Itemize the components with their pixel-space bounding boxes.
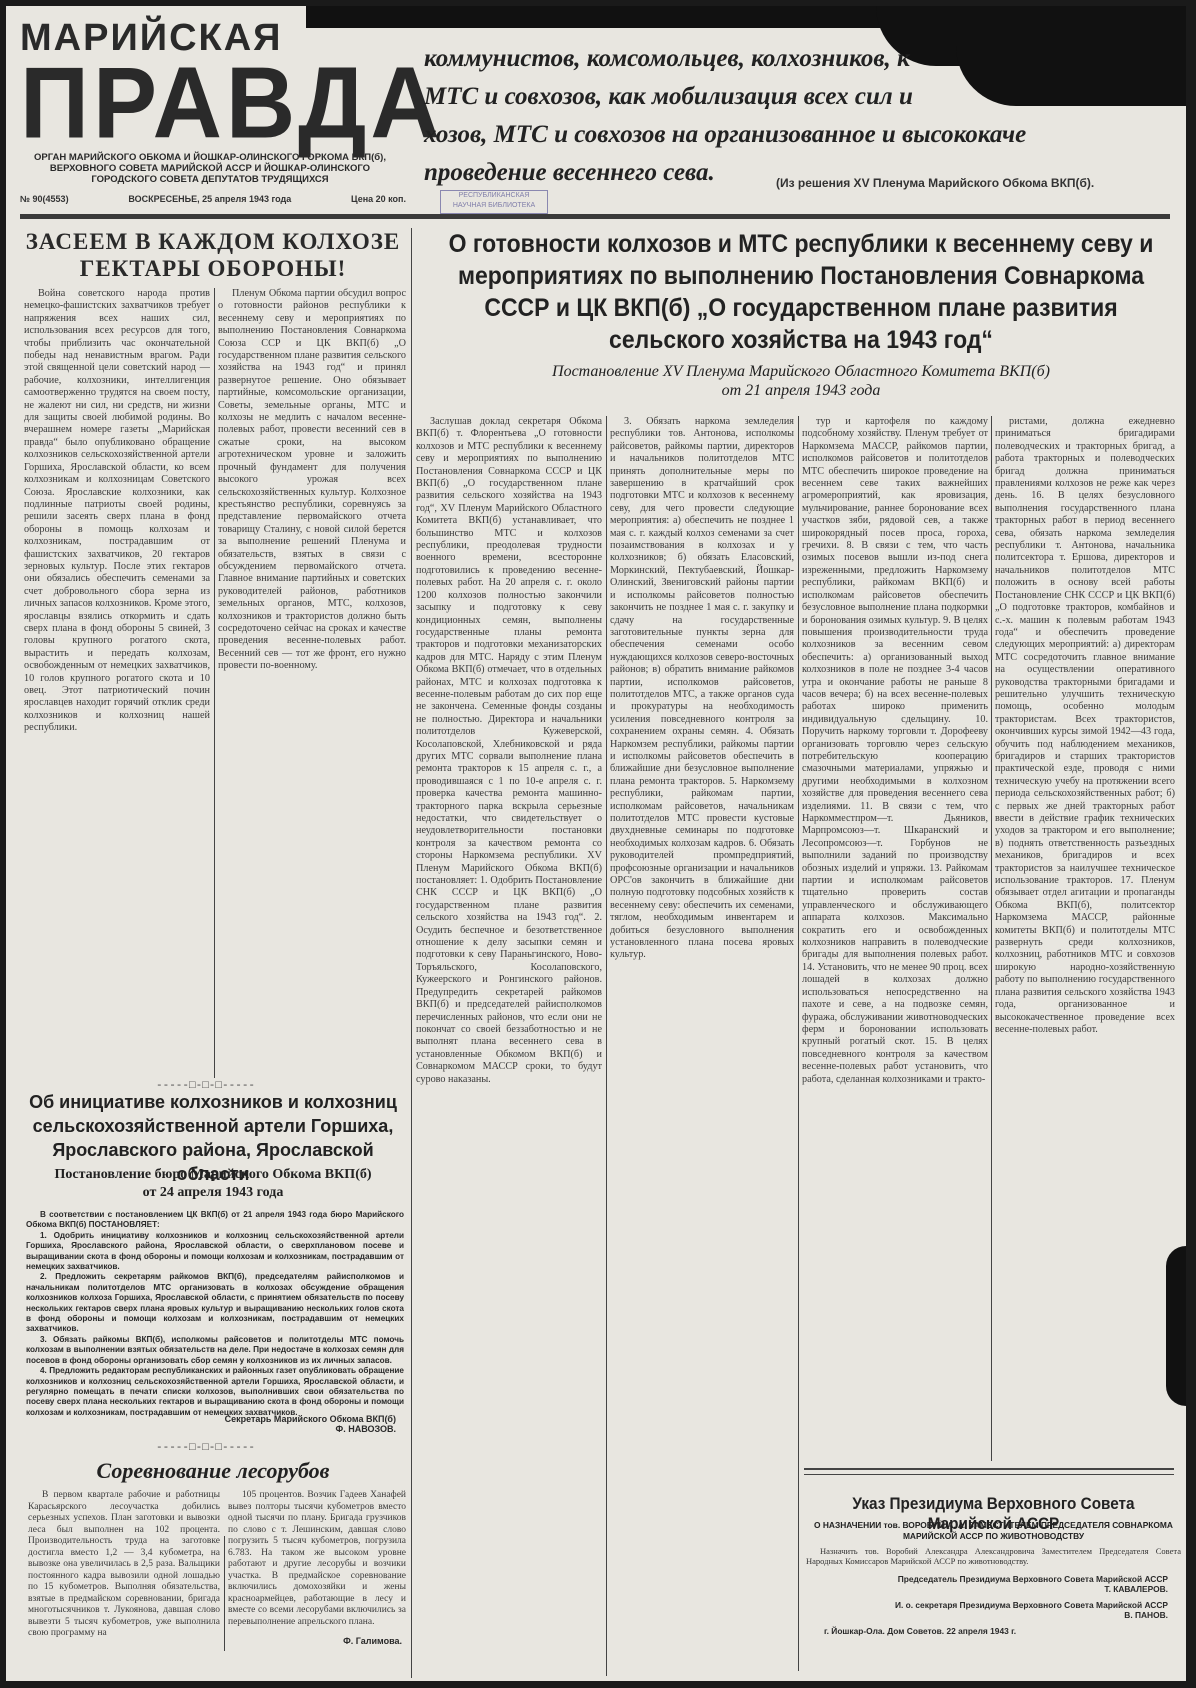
lumber-author: Ф. Галимова. <box>306 1636 402 1646</box>
editorial-headline: ЗАСЕЕМ В КАЖДОМ КОЛХОЗЕ ГЕКТАРЫ ОБОРОНЫ! <box>20 228 406 282</box>
column-divider <box>606 416 607 1676</box>
initiative-subhead: Постановление бюро Марийского Обкома ВКП… <box>20 1166 406 1202</box>
main-col-3: тур и картофеля по каждому подсобному хо… <box>802 416 988 1456</box>
lumber-col-1: В первом квартале рабочие и работницы Ка… <box>28 1490 220 1650</box>
ukaz-rule <box>804 1468 1174 1470</box>
main-col-4: ристами, должна ежедневно приниматься бр… <box>995 416 1175 1456</box>
main-subhead: Постановление XV Пленума Марийского Обла… <box>416 362 1186 400</box>
editorial-col-2: Пленум Обкома партии обсудил вопрос о го… <box>218 288 406 1078</box>
issue-price: Цена 20 коп. <box>351 194 406 204</box>
epigraph-line: хозов, МТС и совхозов на организованное … <box>424 116 1064 154</box>
decree-place-date: г. Йошкар-Ола. Дом Советов. 22 апреля 19… <box>824 1626 1074 1636</box>
column-divider <box>798 416 799 1671</box>
column-divider <box>224 1536 225 1651</box>
initiative-resolution: В соответствии с постановлением ЦК ВКП(б… <box>26 1210 404 1418</box>
masthead-title-main: ПРАВДА <box>20 56 400 153</box>
masthead: МАРИЙСКАЯ ПРАВДА ОРГАН МАРИЙСКОГО ОБКОМА… <box>20 18 400 185</box>
main-col-1: Заслушав доклад секретаря Обкома ВКП(б) … <box>416 416 602 1674</box>
epigraph-source: (Из решения XV Пленума Марийского Обкома… <box>776 176 1094 190</box>
header-rule <box>20 214 1170 219</box>
lumber-col-2: 105 процентов. Возчик Гадеев Ханафей выв… <box>228 1490 406 1626</box>
decree-signature-2: И. о. секретаря Президиума Верховного Со… <box>806 1600 1168 1620</box>
decree-subtitle: О НАЗНАЧЕНИИ тов. ВОРОБИЙ А. А. ЗАМЕСТИТ… <box>801 1520 1186 1542</box>
decree-signature-1: Председатель Президиума Верховного Совет… <box>806 1574 1168 1594</box>
newspaper-page: МАРИЙСКАЯ ПРАВДА ОРГАН МАРИЙСКОГО ОБКОМА… <box>6 6 1186 1681</box>
ornamental-separator: -----□-□-□----- <box>156 1442 255 1454</box>
column-divider <box>214 288 215 1078</box>
main-headline: О готовности колхозов и МТС республики к… <box>447 228 1155 356</box>
library-stamp: РЕСПУБЛИКАНСКАЯ НАУЧНАЯ БИБЛИОТЕКА <box>440 190 548 214</box>
epigraph-line: МТС и совхозов, как мобилизация всех сил… <box>424 78 1064 116</box>
issue-number: № 90(4553) <box>20 194 69 204</box>
ukaz-rule <box>804 1474 1174 1475</box>
column-divider <box>411 228 412 1678</box>
issue-date: ВОСКРЕСЕНЬЕ, 25 апреля 1943 года <box>128 194 291 204</box>
editorial-col-1: Война советского народа против немецко-ф… <box>24 288 210 1078</box>
column-divider <box>991 416 992 1461</box>
epigraph-line: коммунистов, комсомольцев, колхозников, … <box>424 40 1064 78</box>
issue-bar: № 90(4553) ВОСКРЕСЕНЬЕ, 25 апреля 1943 г… <box>20 194 406 204</box>
main-col-2: 3. Обязать наркома земледелия республики… <box>610 416 794 1674</box>
decree-body: Назначить тов. Воробий Александра Алекса… <box>806 1546 1181 1566</box>
initiative-signature: Секретарь Марийского Обкома ВКП(б) Ф. НА… <box>186 1414 396 1434</box>
lumber-headline: Соревнование лесорубов <box>20 1458 406 1484</box>
epigraph: коммунистов, комсомольцев, колхозников, … <box>424 40 1064 192</box>
